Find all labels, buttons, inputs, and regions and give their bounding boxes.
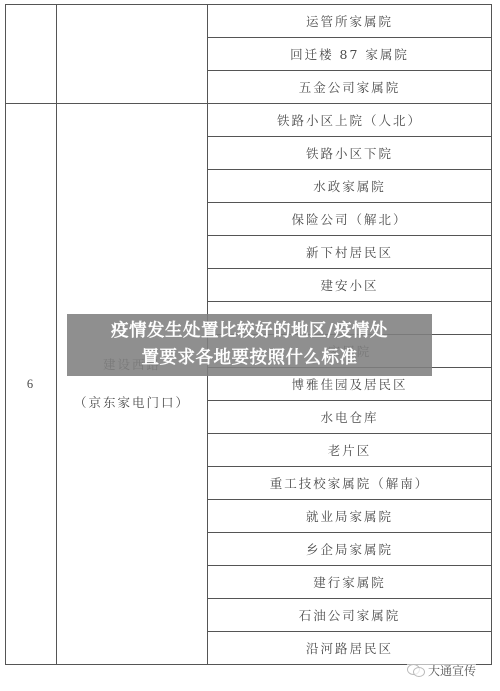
site-cell: 建行家属院 (208, 566, 492, 599)
site-cell: 铁路小区上院（人北） (208, 104, 492, 137)
site-cell: 保险公司（解北） (208, 203, 492, 236)
site-cell: 水电仓库 (208, 401, 492, 434)
banner-line-2: 置要求各地要按照什么标准 (67, 345, 432, 372)
wechat-icon (407, 663, 425, 677)
site-cell: 建安小区 (208, 269, 492, 302)
road-landmark: （京东家电门口） (57, 384, 207, 422)
banner-line-1: 疫情发生处置比较好的地区/疫情处 (67, 318, 432, 345)
site-cell: 运管所家属院 (208, 5, 492, 38)
site-cell: 回迁楼 87 家属院 (208, 38, 492, 71)
group-number-cell (6, 5, 57, 104)
site-cell: 石油公司家属院 (208, 599, 492, 632)
road-cell: 建设西路 （京东家电门口） (57, 104, 208, 665)
site-cell: 沿河路居民区 (208, 632, 492, 665)
title-overlay-banner: 疫情发生处置比较好的地区/疫情处 置要求各地要按照什么标准 (67, 314, 432, 376)
site-cell: 乡企局家属院 (208, 533, 492, 566)
site-cell: 老片区 (208, 434, 492, 467)
site-cell: 铁路小区下院 (208, 137, 492, 170)
site-cell: 水政家属院 (208, 170, 492, 203)
site-cell: 新下村居民区 (208, 236, 492, 269)
site-cell: 重工技校家属院（解南） (208, 467, 492, 500)
table-row: 运管所家属院 (6, 5, 492, 38)
group-number-cell: 6 (6, 104, 57, 665)
source-watermark: 大通宣传 (407, 661, 476, 679)
watermark-text: 大通宣传 (428, 662, 476, 679)
road-cell (57, 5, 208, 104)
table-row: 6 建设西路 （京东家电门口） 铁路小区上院（人北） (6, 104, 492, 137)
site-cell: 五金公司家属院 (208, 71, 492, 104)
site-cell: 就业局家属院 (208, 500, 492, 533)
